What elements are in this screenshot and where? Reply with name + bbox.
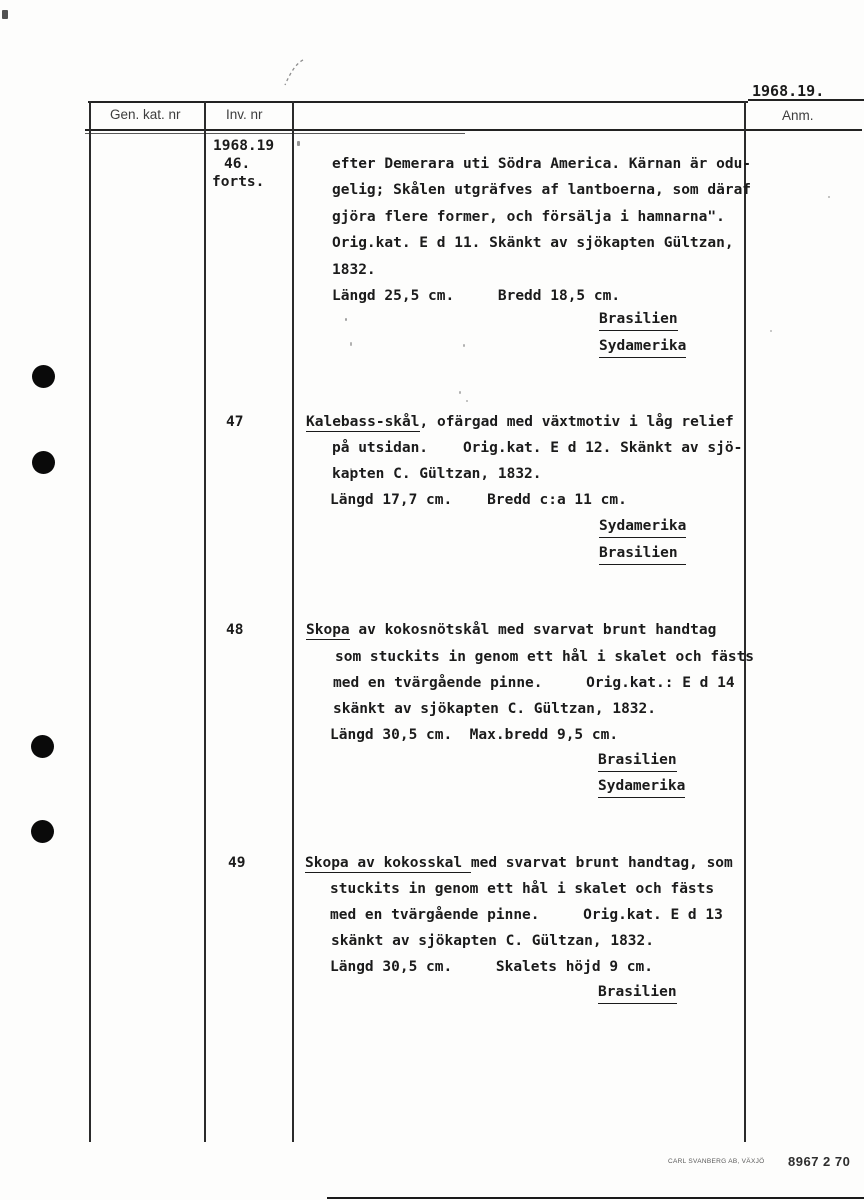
scan-speck: [2, 10, 8, 19]
entry-47-region-2: Brasilien: [599, 545, 686, 565]
column-divider-gen-inv: [204, 101, 206, 1142]
entry-48-line-5: Längd 30,5 cm. Max.bredd 9,5 cm.: [330, 727, 618, 744]
scan-speck: [459, 391, 461, 394]
punch-hole-2: [32, 451, 55, 474]
page-ref-underline: [748, 99, 864, 101]
entry-49-title: Skopa av kokosskal: [305, 855, 471, 873]
entry-46-line-5: 1832.: [332, 262, 376, 279]
entry-47-line-4: Längd 17,7 cm. Bredd c:a 11 cm.: [330, 492, 627, 509]
scan-speck: [297, 141, 300, 146]
entry-49-line-2: stuckits in genom ett hål i skalet och f…: [330, 881, 714, 898]
entry-49-line-4: skänkt av sjökapten C. Gültzan, 1832.: [331, 933, 654, 950]
column-divider-main-anm: [744, 101, 746, 1142]
entry-48-region-1: Brasilien: [598, 752, 677, 772]
printer-code: 8967 2 70: [788, 1154, 850, 1169]
entry-46-region-2: Sydamerika: [599, 338, 686, 358]
entry-49-title-rest: med svarvat brunt handtag, som: [471, 855, 733, 871]
entry-47-title: Kalebass-skål: [306, 414, 420, 432]
entry-48-line-1: Skopa av kokosnötskål med svarvat brunt …: [306, 622, 716, 639]
header-label-anm: Anm.: [782, 108, 814, 123]
entry-48-title: Skopa: [306, 622, 350, 640]
entry-46-inv-no: 46.: [224, 156, 250, 173]
entry-46-inv-year: 1968.19: [213, 138, 274, 155]
entry-47-line-1: Kalebass-skål, ofärgad med växtmotiv i l…: [306, 414, 734, 431]
scan-speck: [828, 196, 830, 198]
scan-speck: [463, 344, 465, 347]
header-bottom-rule-double: [85, 133, 465, 134]
entry-49-line-5: Längd 30,5 cm. Skalets höjd 9 cm.: [330, 959, 653, 976]
entry-46-line-6: Längd 25,5 cm. Bredd 18,5 cm.: [332, 288, 620, 305]
scan-bottom-edge: [327, 1197, 864, 1199]
entry-47-line-2: på utsidan. Orig.kat. E d 12. Skänkt av …: [332, 440, 742, 457]
column-divider-inv-main: [292, 101, 294, 1142]
scan-speck: [466, 400, 468, 402]
entry-47-title-rest: , ofärgad med växtmotiv i låg relief: [420, 414, 734, 430]
entry-48-title-rest: av kokosnötskål med svarvat brunt handta…: [350, 622, 717, 638]
scan-speck: [770, 330, 772, 332]
entry-46-region-1: Brasilien: [599, 311, 678, 331]
entry-46-line-2: gelig; Skålen utgräfves af lantboerna, s…: [332, 182, 751, 199]
entry-48-line-2: som stuckits in genom ett hål i skalet o…: [335, 649, 754, 666]
punch-hole-4: [31, 820, 54, 843]
scan-speck: [350, 342, 352, 346]
entry-46-line-1: efter Demerara uti Södra America. Kärnan…: [332, 156, 751, 173]
entry-49-region-1: Brasilien: [598, 984, 677, 1004]
entry-49-inv-no: 49: [228, 855, 245, 872]
entry-47-inv-no: 47: [226, 414, 243, 431]
table-left-border: [89, 101, 91, 1142]
header-label-inv-nr: Inv. nr: [226, 107, 263, 122]
entry-46-line-4: Orig.kat. E d 11. Skänkt av sjökapten Gü…: [332, 235, 734, 252]
entry-48-inv-no: 48: [226, 622, 243, 639]
entry-49-line-3: med en tvärgående pinne. Orig.kat. E d 1…: [330, 907, 723, 924]
entry-48-region-2: Sydamerika: [598, 778, 685, 798]
entry-46-line-3: gjöra flere former, och försälja i hamna…: [332, 209, 725, 226]
table-top-border: [88, 101, 748, 103]
entry-47-region-1: Sydamerika: [599, 518, 686, 538]
scan-speck: [350, 468, 352, 471]
header-label-gen-kat-nr: Gen. kat. nr: [110, 107, 181, 122]
entry-48-line-4: skänkt av sjökapten C. Gültzan, 1832.: [333, 701, 656, 718]
scan-speck: [345, 318, 347, 321]
entry-46-inv-cont: forts.: [212, 174, 264, 191]
page-ref-number: 1968.19.: [752, 83, 824, 100]
entry-48-line-3: med en tvärgående pinne. Orig.kat.: E d …: [333, 675, 735, 692]
punch-hole-1: [32, 365, 55, 388]
punch-hole-3: [31, 735, 54, 758]
entry-49-line-1: Skopa av kokosskal med svarvat brunt han…: [305, 855, 733, 872]
document-page: 1968.19. Gen. kat. nr Inv. nr Anm. 1968.…: [0, 0, 864, 1200]
pencil-squiggle-mark: [276, 52, 306, 88]
printer-imprint: CARL SVANBERG AB, VÄXJÖ: [668, 1158, 764, 1165]
entry-47-line-3: kapten C. Gültzan, 1832.: [332, 466, 542, 483]
